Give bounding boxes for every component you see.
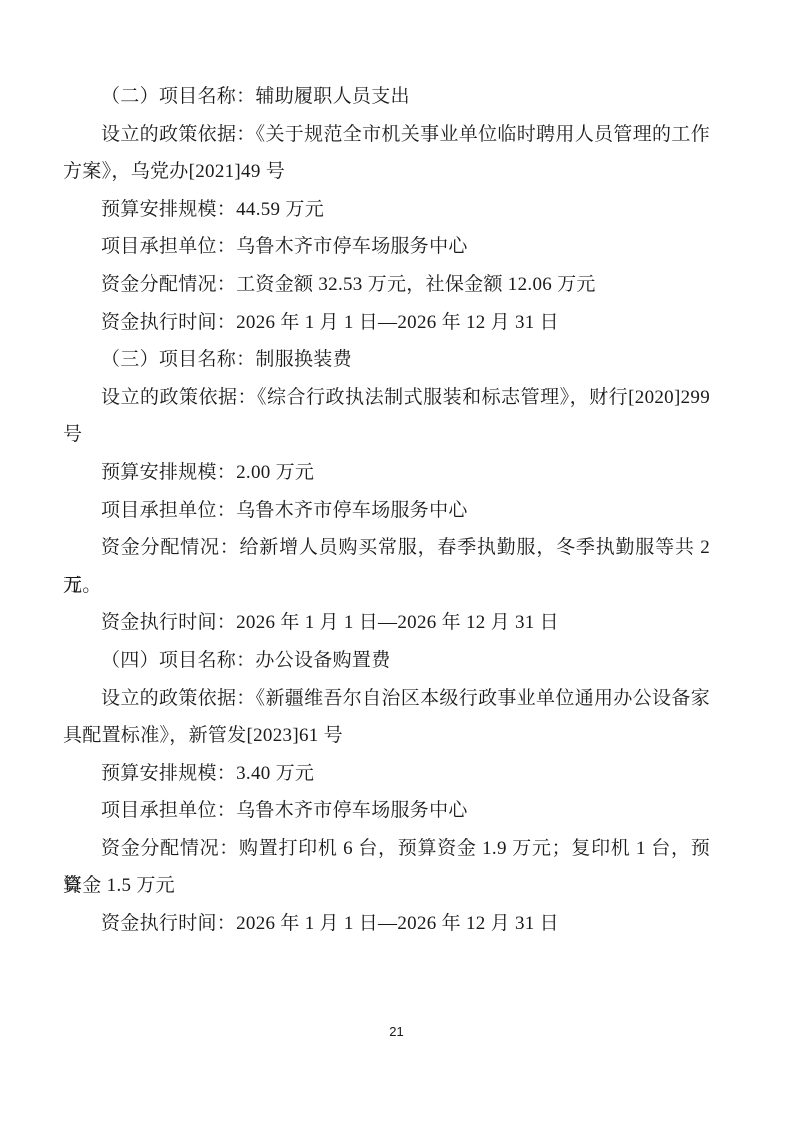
text-line: 具配置标准》，新管发[2023]61 号 — [63, 717, 710, 755]
text-line: （三）项目名称：制服换装费 — [63, 341, 710, 379]
text-line: 资金分配情况：工资金额 32.53 万元，社保金额 12.06 万元 — [63, 266, 710, 304]
text-line: 资金分配情况：购置打印机 6 台，预算资金 1.9 万元；复印机 1 台，预算 — [63, 830, 710, 868]
text-line: 资金执行时间：2026 年 1 月 1 日—2026 年 12 月 31 日 — [63, 304, 710, 342]
text-line: 资金执行时间：2026 年 1 月 1 日—2026 年 12 月 31 日 — [63, 905, 710, 943]
text-line: 项目承担单位：乌鲁木齐市停车场服务中心 — [63, 228, 710, 266]
text-line: 资金执行时间：2026 年 1 月 1 日—2026 年 12 月 31 日 — [63, 604, 710, 642]
text-line: 设立的政策依据：《新疆维吾尔自治区本级行政事业单位通用办公设备家 — [63, 680, 710, 718]
document-body: （二）项目名称：辅助履职人员支出设立的政策依据：《关于规范全市机关事业单位临时聘… — [63, 78, 710, 943]
text-line: 预算安排规模：2.00 万元 — [63, 454, 710, 492]
text-line: 号 — [63, 416, 710, 454]
text-line: 项目承担单位：乌鲁木齐市停车场服务中心 — [63, 792, 710, 830]
text-line: 元。 — [63, 567, 710, 605]
text-line: 设立的政策依据：《关于规范全市机关事业单位临时聘用人员管理的工作 — [63, 116, 710, 154]
text-line: 预算安排规模：44.59 万元 — [63, 191, 710, 229]
document-page: （二）项目名称：辅助履职人员支出设立的政策依据：《关于规范全市机关事业单位临时聘… — [0, 0, 793, 1122]
text-line: 资金分配情况：给新增人员购买常服，春季执勤服，冬季执勤服等共 2 万 — [63, 529, 710, 567]
text-line: 项目承担单位：乌鲁木齐市停车场服务中心 — [63, 492, 710, 530]
text-line: （四）项目名称：办公设备购置费 — [63, 642, 710, 680]
text-line: （二）项目名称：辅助履职人员支出 — [63, 78, 710, 116]
text-line: 设立的政策依据：《综合行政执法制式服装和标志管理》，财行[2020]299 — [63, 379, 710, 417]
page-number: 21 — [389, 1024, 403, 1039]
text-line: 预算安排规模：3.40 万元 — [63, 755, 710, 793]
text-line: 资金 1.5 万元 — [63, 867, 710, 905]
page-footer: 21 — [0, 1023, 793, 1041]
text-line: 方案》，乌党办[2021]49 号 — [63, 153, 710, 191]
